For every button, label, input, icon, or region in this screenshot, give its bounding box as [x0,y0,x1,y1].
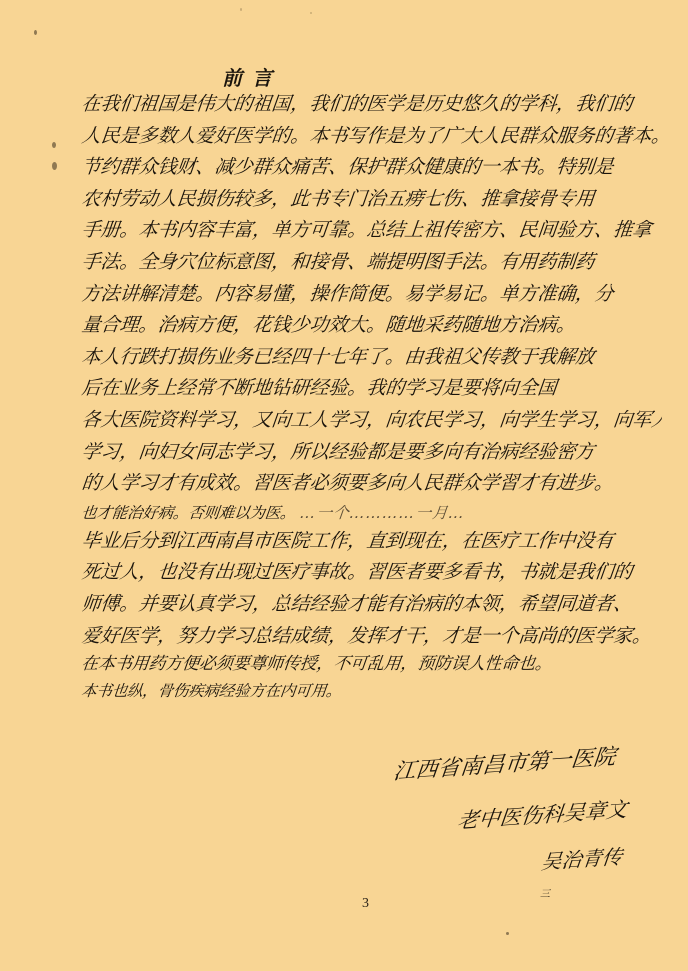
text-line-small: 本书也纵，骨伤疾病经验方在内可用。 [80,679,663,703]
text-line: 量合理。治病方便，花钱少功效大。随地采药随地方治病。 [80,309,663,341]
text-line: 手法。全身穴位标意图，和接骨、端提明图手法。有用药制药 [80,246,663,278]
signature-transmitter: 吴治青传 [540,840,624,875]
scan-speck [52,142,56,148]
struck-out-text: …一个…………一月… [299,501,467,525]
signature-doctor: 老中医伤科吴章文 [456,793,629,835]
text-line: 爱好医学，努力学习总结成绩，发挥才干，才是一个高尚的医学家。 [80,620,663,652]
text-line: 死过人，也没有出现过医疗事故。習医者要多看书，书就是我们的 [80,556,663,588]
signature-mark: 三 [540,885,550,900]
document-body: 在我们祖国是伟大的祖国，我们的医学是历史悠久的学科，我们的 人民是多数人爱好医学… [80,88,660,703]
text-line: 毕业后分到江西南昌市医院工作，直到现在，在医疗工作中没有 [80,525,663,557]
scan-speck [310,12,312,14]
text-line: 的人学习才有成效。習医者必须要多向人民群众学習才有进步。 [80,467,663,499]
text-line: 在我们祖国是伟大的祖国，我们的医学是历史悠久的学科，我们的 [80,88,663,120]
scan-speck [52,162,57,170]
text-line: 学习，向妇女同志学习，所以经验都是要多向有治病经验密方 [80,436,663,468]
text-line: 各大医院资料学习，又向工人学习，向农民学习，向学生学习，向军人 [80,404,663,436]
document-title: 前言 [222,62,282,91]
text-line: 师傅。并要认真学习，总结经验才能有治病的本领，希望同道者、 [80,588,663,620]
text-fragment: 也才能治好病。否则难以为医。 [80,504,296,522]
text-line: 在本书用药方便必须要尊师传授，不可乱用，预防误人性命也。 [80,651,663,677]
page-number: 3 [362,896,369,912]
text-line: 农村劳动人民损伤较多，此书专门治五痨七伤、推拿接骨专用 [80,183,663,215]
text-line: 手册。本书内容丰富，单方可靠。总结上祖传密方、民间验方、推拿 [80,214,663,246]
text-line: 方法讲解清楚。内容易懂，操作简便。易学易记。单方准确，分 [80,278,663,310]
document-page: 前言 在我们祖国是伟大的祖国，我们的医学是历史悠久的学科，我们的 人民是多数人爱… [0,0,688,971]
text-line: 人民是多数人爱好医学的。本书写作是为了广大人民群众服务的著本。 [80,120,663,152]
scan-speck [240,8,242,11]
text-line: 本人行跌打损伤业务已经四十七年了。由我祖父传教于我解放 [80,341,663,373]
text-line-small: 也才能治好病。否则难以为医。 …一个…………一月… [80,501,663,525]
scan-speck [506,932,509,935]
scan-speck [34,30,37,35]
text-line: 节约群众钱财、减少群众痛苦、保护群众健康的一本书。特别是 [80,151,663,183]
text-line: 后在业务上经常不断地钻研经验。我的学习是要将向全国 [80,372,663,404]
signature-hospital: 江西省南昌市第一医院 [392,740,617,786]
